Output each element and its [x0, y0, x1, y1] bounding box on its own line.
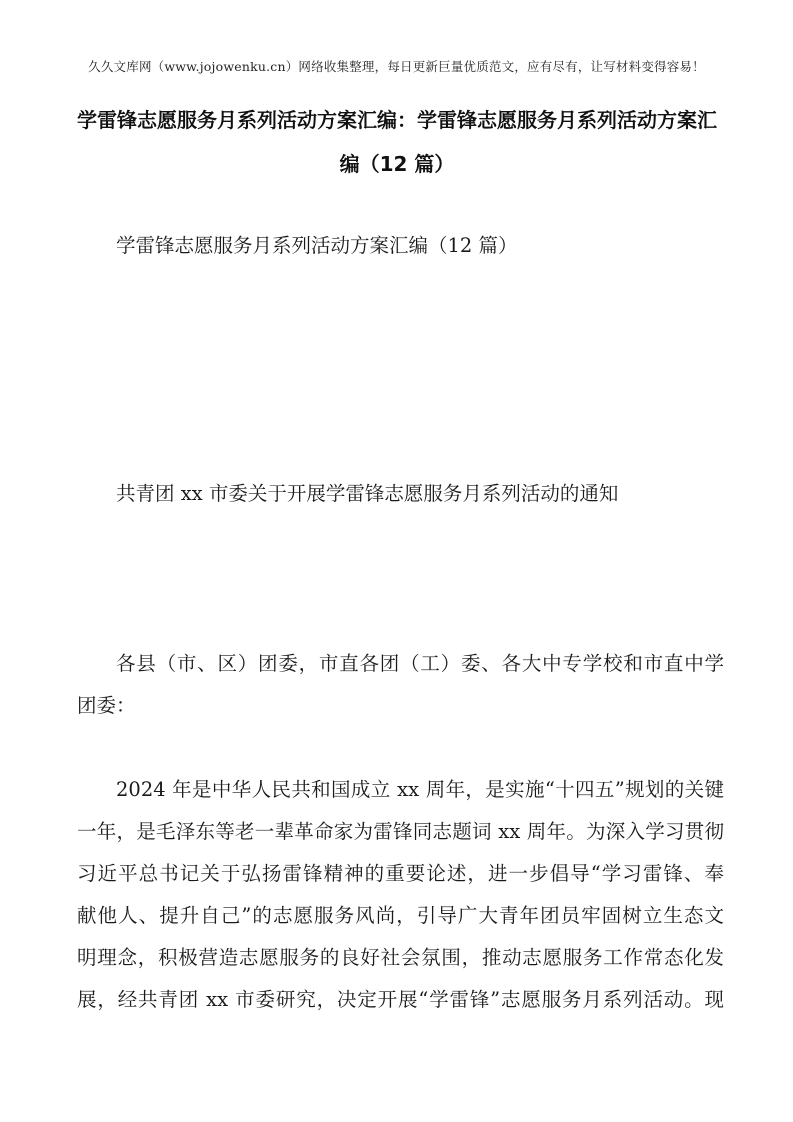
salutation-line-2: 团委： [77, 690, 136, 718]
body-line-6: 展，经共青团 xx 市委研究，决定开展“学雷锋”志愿服务月系列活动。现 [77, 984, 724, 1012]
body-line-3: 习近平总书记关于弘扬雷锋精神的重要论述，进一步倡导“学习雷锋、奉 [77, 858, 724, 886]
header-note: 久久文库网（www.jojowenku.cn）网络收集整理，每日更新巨量优质范文… [0, 57, 793, 75]
body-line-2: 一年，是毛泽东等老一辈革命家为雷锋同志题词 xx 周年。为深入学习贯彻 [77, 816, 724, 844]
notice-heading: 共青团 xx 市委关于开展学雷锋志愿服务月系列活动的通知 [116, 478, 618, 506]
salutation-line-1: 各县（市、区）团委，市直各团（工）委、各大中专学校和市直中学 [116, 648, 724, 676]
body-line-4: 献他人、提升自己”的志愿服务风尚，引导广大青年团员牢固树立生态文 [77, 900, 724, 928]
document-title-line-1: 学雷锋志愿服务月系列活动方案汇编：学雷锋志愿服务月系列活动方案汇 [70, 104, 724, 133]
document-page: 久久文库网（www.jojowenku.cn）网络收集整理，每日更新巨量优质范文… [0, 0, 793, 1122]
document-title-line-2: 编（12 篇） [70, 148, 724, 177]
subtitle: 学雷锋志愿服务月系列活动方案汇编（12 篇） [116, 230, 518, 258]
body-line-1: 2024 年是中华人民共和国成立 xx 周年，是实施“十四五”规划的关键 [116, 774, 724, 802]
body-line-5: 明理念，积极营造志愿服务的良好社会氛围，推动志愿服务工作常态化发 [77, 942, 724, 970]
